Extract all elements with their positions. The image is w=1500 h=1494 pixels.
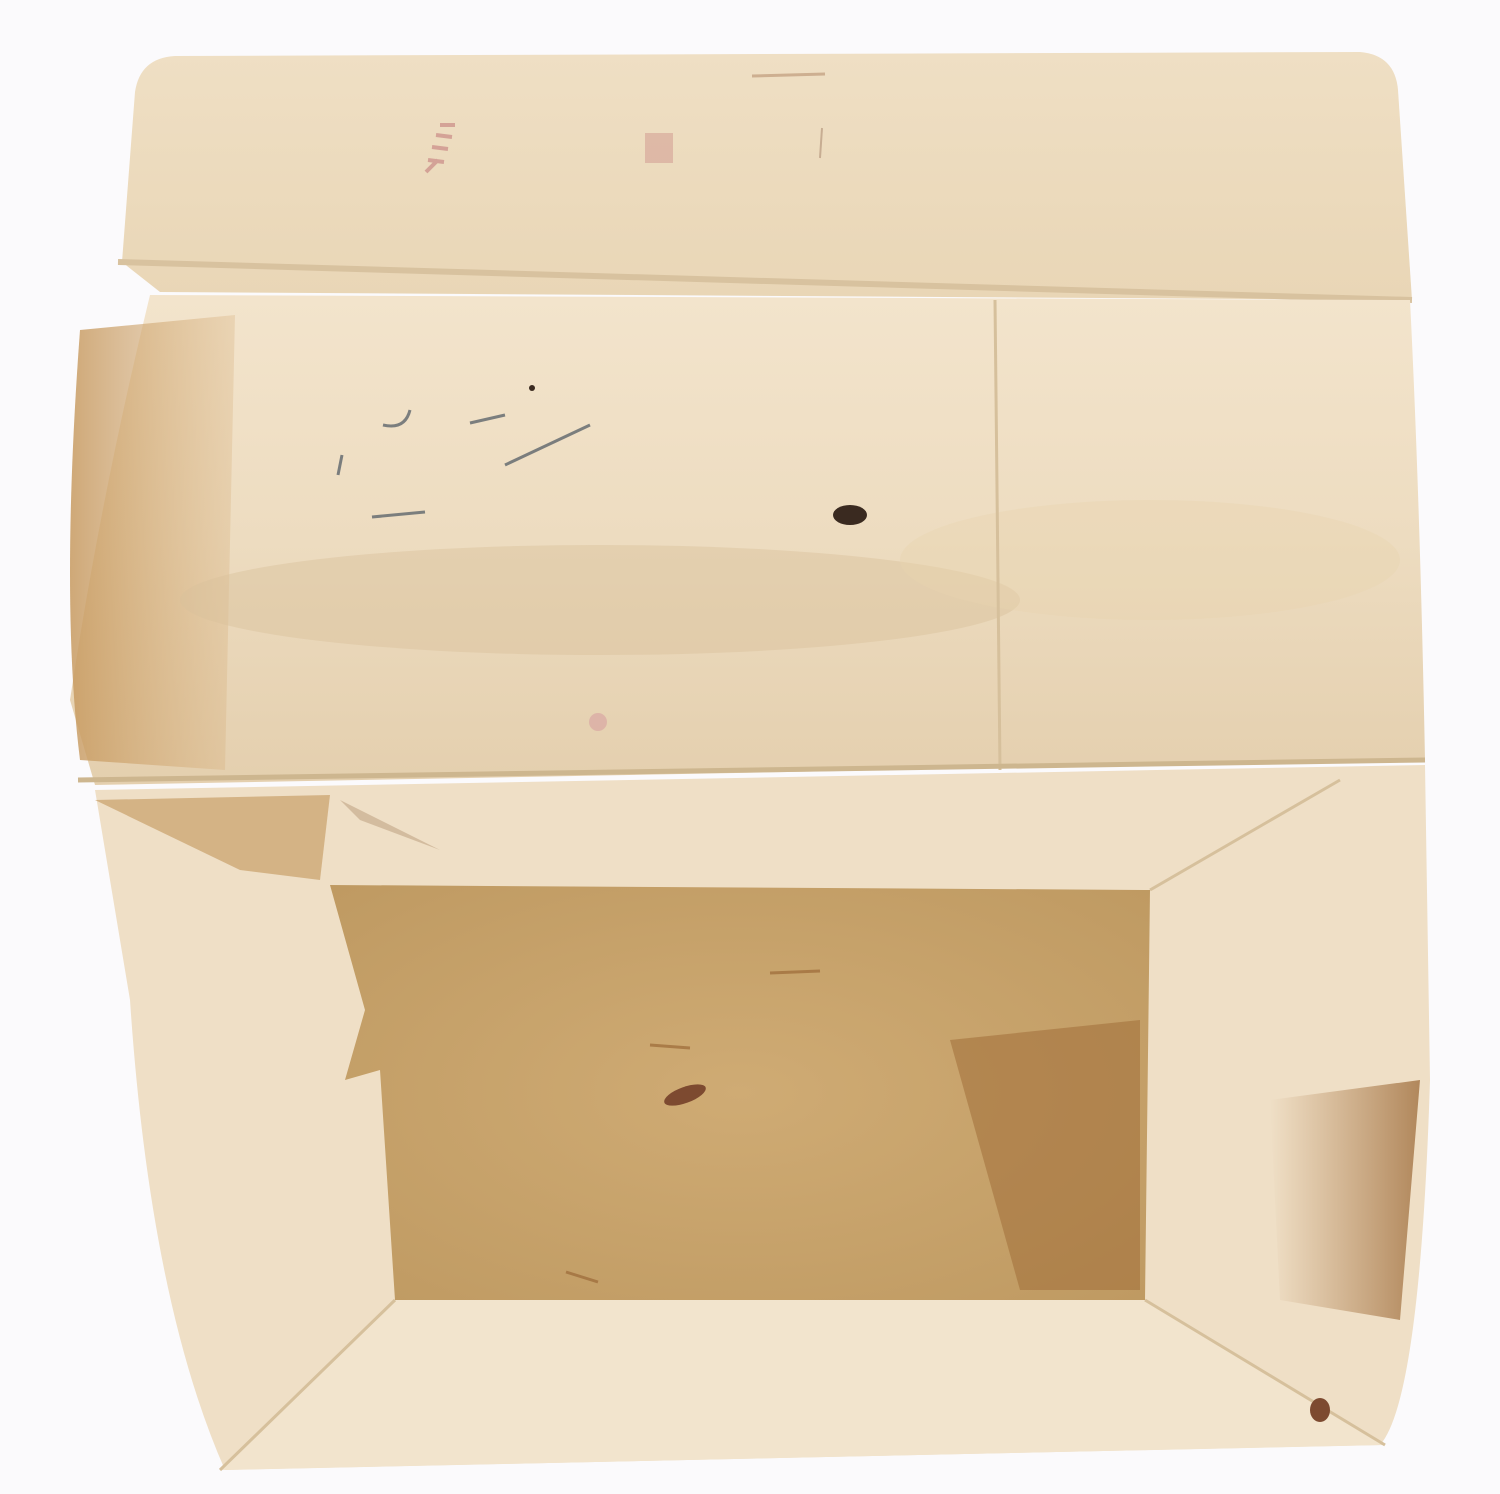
dark-spot <box>833 505 867 525</box>
photo-scene <box>0 0 1500 1494</box>
top-flap <box>118 52 1412 300</box>
middle-panel <box>70 295 1425 785</box>
bottom-panel <box>95 765 1430 1470</box>
box-illustration <box>0 0 1500 1494</box>
